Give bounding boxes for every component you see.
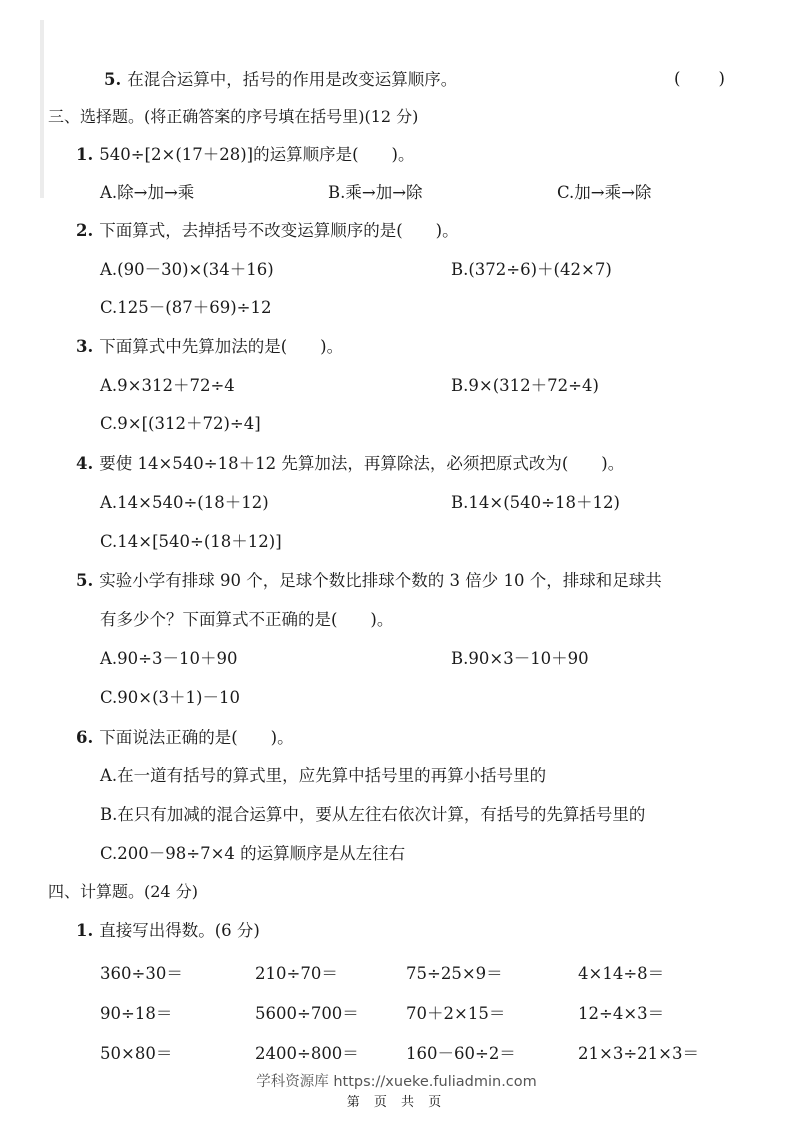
- q3-option-c: C.9×[(312＋72)÷4]: [100, 413, 261, 435]
- answer-box[interactable]: (): [674, 69, 725, 88]
- question-4: 4.要使 14×540÷18＋12 先算加法，再算除法，必须把原式改为( )。: [76, 453, 624, 475]
- judgement-item-5: 5.在混合运算中，括号的作用是改变运算顺序。: [104, 69, 457, 91]
- q2-option-c: C.125－(87＋69)÷12: [100, 297, 271, 319]
- calc-item: 360÷30＝: [100, 960, 183, 984]
- q5-option-b: B.90×3－10＋90: [451, 648, 589, 670]
- question-stem: 下面说法正确的是( )。: [99, 728, 293, 747]
- paren-open: (: [674, 69, 680, 88]
- q1-option-a: A.除→加→乘: [100, 182, 194, 204]
- q5-option-a: A.90÷3－10＋90: [100, 648, 237, 670]
- page-number-label: 第 页 共 页: [0, 1091, 793, 1110]
- question-number: 6.: [76, 728, 93, 747]
- question-stem-line-1: 实验小学有排球 90 个，足球个数比排球个数的 3 倍少 10 个，排球和足球共: [99, 571, 661, 590]
- question-5-line-2: 有多少个？下面算式不正确的是( )。: [100, 609, 393, 631]
- calc-item: 5600÷700＝: [255, 1000, 359, 1024]
- item-text: 在混合运算中，括号的作用是改变运算顺序。: [127, 70, 457, 89]
- question-stem: 下面算式，去掉括号不改变运算顺序的是( )。: [99, 221, 458, 240]
- q3-option-a: A.9×312＋72÷4: [100, 375, 235, 397]
- calc-item: 70＋2×15＝: [406, 1000, 505, 1024]
- q4-option-c: C.14×[540÷(18＋12)]: [100, 531, 282, 553]
- question-2: 2.下面算式，去掉括号不改变运算顺序的是( )。: [76, 220, 459, 242]
- item-number: 5.: [104, 70, 121, 89]
- question-6: 6.下面说法正确的是( )。: [76, 727, 294, 749]
- q2-option-b: B.(372÷6)＋(42×7): [451, 259, 612, 281]
- question-5: 5.实验小学有排球 90 个，足球个数比排球个数的 3 倍少 10 个，排球和足…: [76, 570, 662, 592]
- question-stem: 要使 14×540÷18＋12 先算加法，再算除法，必须把原式改为( )。: [99, 454, 624, 473]
- q1-option-b: B.乘→加→除: [328, 182, 423, 204]
- q6-option-b: B.在只有加减的混合运算中，要从左往右依次计算，有括号的先算括号里的: [100, 804, 645, 826]
- calc-item: 160－60÷2＝: [406, 1040, 516, 1064]
- q5-option-c: C.90×(3＋1)－10: [100, 687, 240, 709]
- question-3: 3.下面算式中先算加法的是( )。: [76, 336, 343, 358]
- q4-option-b: B.14×(540÷18＋12): [451, 492, 620, 514]
- calc-item: 21×3÷21×3＝: [578, 1040, 699, 1064]
- sub-question-number: 1.: [76, 921, 93, 940]
- q6-option-a: A.在一道有括号的算式里，应先算中括号里的再算小括号里的: [100, 765, 546, 787]
- question-number: 2.: [76, 221, 93, 240]
- calc-item: 50×80＝: [100, 1040, 172, 1064]
- question-number: 3.: [76, 337, 93, 356]
- q2-option-a: A.(90－30)×(34＋16): [100, 259, 274, 281]
- q4-option-a: A.14×540÷(18＋12): [100, 492, 269, 514]
- question-number: 4.: [76, 454, 93, 473]
- q1-option-c: C.加→乘→除: [557, 182, 651, 204]
- calc-item: 75÷25×9＝: [406, 960, 503, 984]
- sub-question-title: 直接写出得数。(6 分): [99, 921, 260, 940]
- section-3-title: 三、选择题。(将正确答案的序号填在括号里)(12 分): [48, 106, 418, 128]
- calc-item: 4×14÷8＝: [578, 960, 664, 984]
- calc-item: 12÷4×3＝: [578, 1000, 664, 1024]
- paren-close: ): [718, 69, 724, 88]
- q6-option-c: C.200－98÷7×4 的运算顺序是从左往右: [100, 843, 405, 865]
- question-number: 5.: [76, 571, 93, 590]
- question-1: 1.540÷[2×(17＋28)]的运算顺序是( )。: [76, 144, 415, 166]
- sub-question-1: 1.直接写出得数。(6 分): [76, 920, 260, 942]
- section-4-title: 四、计算题。(24 分): [48, 881, 198, 903]
- scan-edge-shadow: [40, 20, 44, 198]
- calc-item: 90÷18＝: [100, 1000, 172, 1024]
- watermark-link[interactable]: 学科资源库 https://xueke.fuliadmin.com: [0, 1070, 793, 1091]
- question-stem: 540÷[2×(17＋28)]的运算顺序是( )。: [99, 145, 414, 164]
- calc-item: 2400÷800＝: [255, 1040, 359, 1064]
- q3-option-b: B.9×(312＋72÷4): [451, 375, 599, 397]
- question-stem: 下面算式中先算加法的是( )。: [99, 337, 343, 356]
- question-number: 1.: [76, 145, 93, 164]
- calc-item: 210÷70＝: [255, 960, 338, 984]
